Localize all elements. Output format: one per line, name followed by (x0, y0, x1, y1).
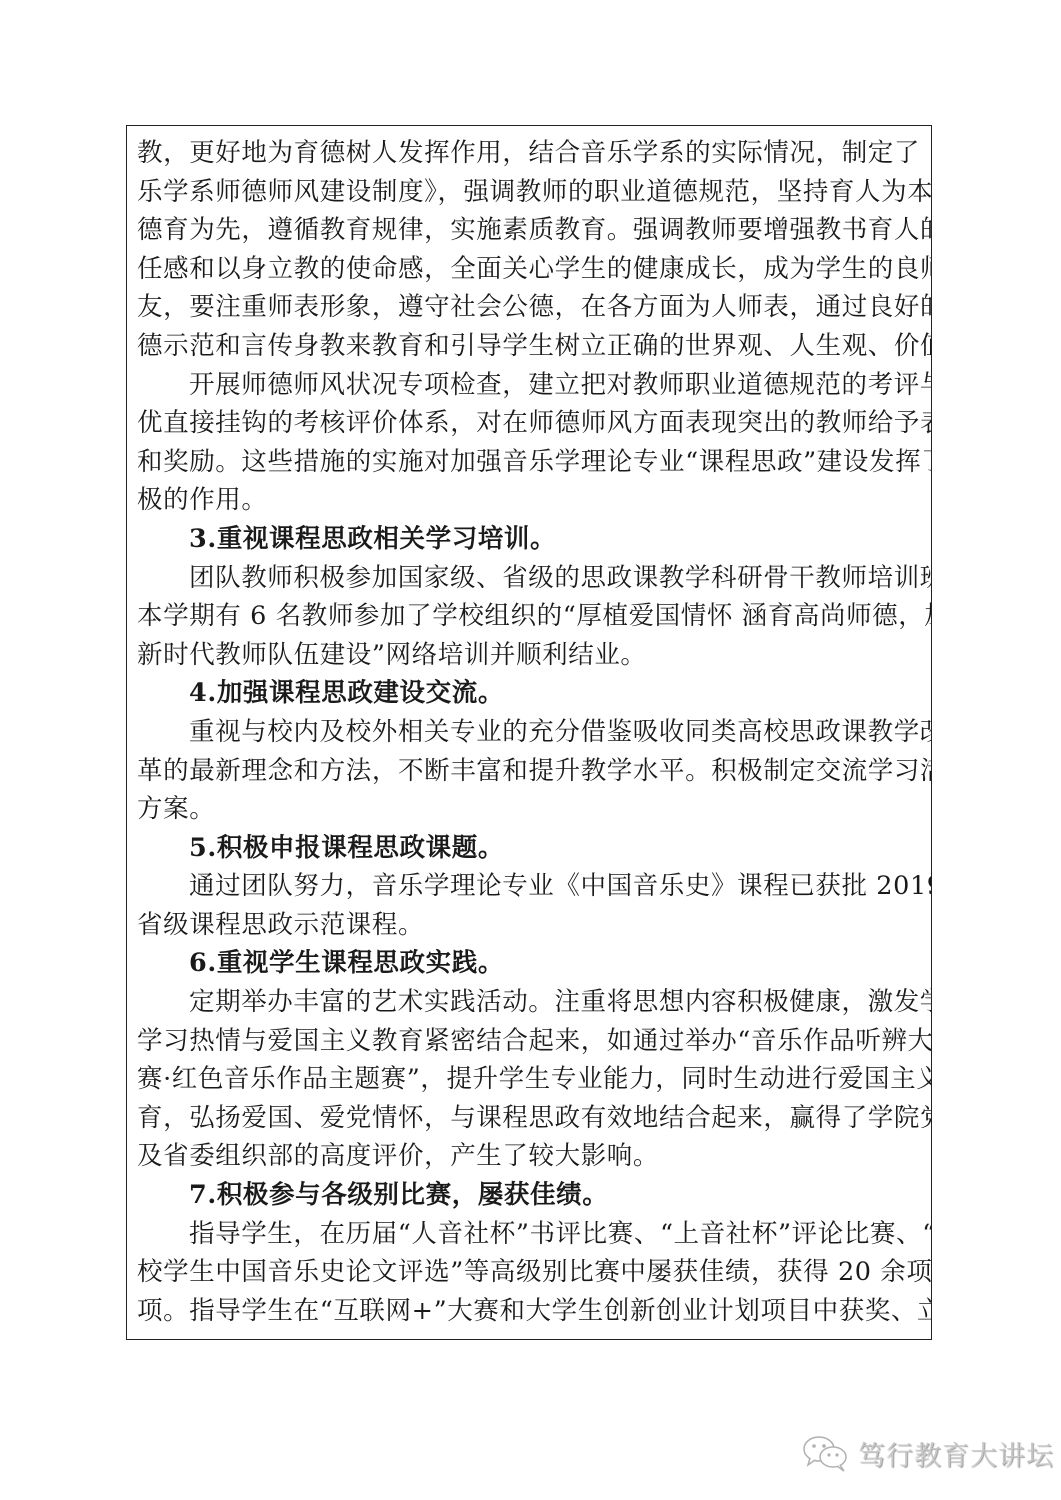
text-line: 友，要注重师表形象，遵守社会公德，在各方面为人师表，通过良好的师 (137, 288, 922, 327)
text-line: 省级课程思政示范课程。 (137, 906, 922, 945)
text-line: 德育为先，遵循教育规律，实施素质教育。强调教师要增强教书育人的责 (137, 211, 922, 250)
text-line: 极的作用。 (137, 481, 922, 520)
text-line: 教，更好地为育德树人发挥作用，结合音乐学系的实际情况，制定了《音 (137, 134, 922, 173)
text-line: 学习热情与爱国主义教育紧密结合起来，如通过举办“音乐作品听辨大 (137, 1022, 922, 1061)
document-frame: 教，更好地为育德树人发挥作用，结合音乐学系的实际情况，制定了《音乐学系师德师风建… (126, 125, 932, 1340)
text-line: 革的最新理念和方法，不断丰富和提升教学水平。积极制定交流学习活动 (137, 752, 922, 791)
text-line: 校学生中国音乐史论文评选”等高级别比赛中屡获佳绩，获得 20 余项奖 (137, 1253, 922, 1292)
watermark-text: 笃行教育大讲坛 (858, 1434, 1054, 1473)
section-heading: 7.积极参与各级别比赛，屡获佳绩。 (137, 1176, 922, 1215)
text-line: 开展师德师风状况专项检查，建立把对教师职业道德规范的考评与评 (137, 366, 922, 405)
text-line: 重视与校内及校外相关专业的充分借鉴吸收同类高校思政课教学改 (137, 713, 922, 752)
text-line: 新时代教师队伍建设”网络培训并顺利结业。 (137, 636, 922, 675)
section-heading: 4.加强课程思政建设交流。 (137, 674, 922, 713)
text-line: 及省委组织部的高度评价，产生了较大影响。 (137, 1137, 922, 1176)
section-heading: 5.积极申报课程思政课题。 (137, 829, 922, 868)
section-heading: 6.重视学生课程思政实践。 (137, 944, 922, 983)
text-line: 优直接挂钩的考核评价体系，对在师德师风方面表现突出的教师给予表彰 (137, 404, 922, 443)
text-line: 育，弘扬爱国、爱党情怀，与课程思政有效地结合起来，赢得了学院党委 (137, 1099, 922, 1138)
section-heading: 3.重视课程思政相关学习培训。 (137, 520, 922, 559)
text-line: 项。指导学生在“互联网+”大赛和大学生创新创业计划项目中获奖、立项 (137, 1292, 922, 1331)
watermark: 笃行教育大讲坛 (800, 1433, 1054, 1473)
text-line: 和奖励。这些措施的实施对加强音乐学理论专业“课程思政”建设发挥了积 (137, 443, 922, 482)
text-line: 赛·红色音乐作品主题赛”，提升学生专业能力，同时生动进行爱国主义教 (137, 1060, 922, 1099)
text-line: 本学期有 6 名教师参加了学校组织的“厚植爱国情怀 涵育高尚师德，加强 (137, 597, 922, 636)
text-line: 德示范和言传身教来教育和引导学生树立正确的世界观、人生观、价值观。 (137, 327, 922, 366)
wechat-icon (800, 1433, 852, 1473)
text-line: 定期举办丰富的艺术实践活动。注重将思想内容积极健康，激发学生 (137, 983, 922, 1022)
text-line: 团队教师积极参加国家级、省级的思政课教学科研骨干教师培训班。 (137, 559, 922, 598)
text-line: 指导学生，在历届“人音社杯”书评比赛、“上音社杯”评论比赛、“高 (137, 1215, 922, 1254)
text-line: 方案。 (137, 790, 922, 829)
text-line: 通过团队努力，音乐学理论专业《中国音乐史》课程已获批 2019 年 (137, 867, 922, 906)
text-line: 任感和以身立教的使命感，全面关心学生的健康成长，成为学生的良师益 (137, 250, 922, 289)
text-line: 乐学系师德师风建设制度》，强调教师的职业道德规范，坚持育人为本， (137, 173, 922, 212)
